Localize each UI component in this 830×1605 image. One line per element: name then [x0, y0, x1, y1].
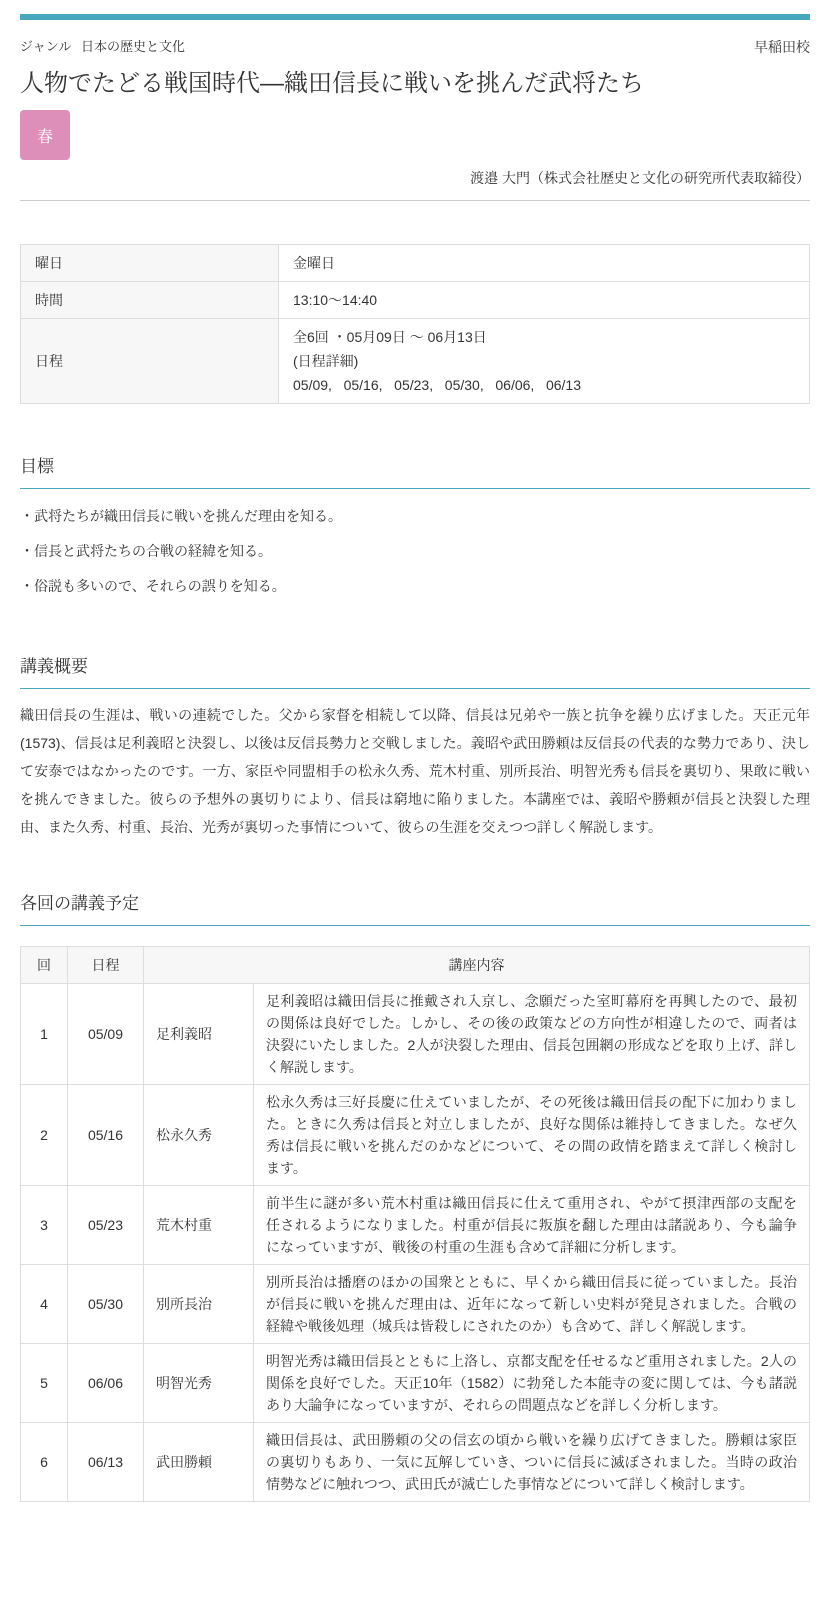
col-header-content: 講座内容	[144, 947, 810, 984]
session-date: 06/13	[68, 1423, 144, 1502]
session-date: 05/30	[68, 1265, 144, 1344]
schedule-row: 1 05/09 足利義昭 足利義昭は織田信長に推戴され入京し、念願だった室町幕府…	[21, 984, 810, 1085]
goals-heading: 目標	[20, 452, 810, 489]
course-title: 人物でたどる戦国時代―織田信長に戦いを挑んだ武将たち	[20, 68, 810, 100]
schedule-dates-text: 05/09, 05/16, 05/23, 05/30, 06/06, 06/13	[293, 373, 795, 397]
schedule-header-row: 回 日程 講座内容	[21, 947, 810, 984]
session-description: 足利義昭は織田信長に推戴され入京し、念願だった室町幕府を再興したので、最初の関係…	[254, 984, 810, 1085]
schedule-row: 5 06/06 明智光秀 明智光秀は織田信長とともに上洛し、京都支配を任せるなど…	[21, 1344, 810, 1423]
session-date: 06/06	[68, 1344, 144, 1423]
session-person: 明智光秀	[144, 1344, 254, 1423]
info-row-schedule: 日程 全6回 ・05月09日 ～ 06月13日 (日程詳細) 05/09, 05…	[21, 319, 810, 404]
schedule-row: 3 05/23 荒木村重 前半生に謎が多い荒木村重は織田信長に仕えて重用され、や…	[21, 1186, 810, 1265]
col-header-date: 日程	[68, 947, 144, 984]
overview-paragraph: 織田信長の生涯は、戦いの連続でした。父から家督を相続して以降、信長は兄弟や一族と…	[20, 701, 810, 841]
genre-line: ジャンル 日本の歴史と文化	[20, 38, 185, 56]
info-label-time: 時間	[21, 282, 279, 319]
session-description: 別所長治は播磨のほかの国衆とともに、早くから織田信長に従っていました。長治が信長…	[254, 1265, 810, 1344]
schedule-row: 6 06/13 武田勝頼 織田信長は、武田勝頼の父の信玄の頃から戦いを繰り広げて…	[21, 1423, 810, 1502]
session-date: 05/23	[68, 1186, 144, 1265]
schedule-detail-text: (日程詳細)	[293, 349, 795, 373]
header-divider	[20, 200, 810, 201]
course-info-table: 曜日 金曜日 時間 13:10～14:40 日程 全6回 ・05月09日 ～ 0…	[20, 244, 810, 404]
genre-value: 日本の歴史と文化	[81, 39, 185, 54]
info-row-time: 時間 13:10～14:40	[21, 282, 810, 319]
info-row-day: 曜日 金曜日	[21, 245, 810, 282]
meta-row: ジャンル 日本の歴史と文化 早稲田校	[20, 38, 810, 56]
info-value-day: 金曜日	[279, 245, 810, 282]
session-description: 前半生に謎が多い荒木村重は織田信長に仕えて重用され、やがて摂津西部の支配を任され…	[254, 1186, 810, 1265]
goal-item: ・信長と武将たちの合戦の経緯を知る。	[20, 534, 810, 569]
campus-name: 早稲田校	[754, 38, 810, 56]
overview-heading: 講義概要	[20, 652, 810, 689]
info-value-time: 13:10～14:40	[279, 282, 810, 319]
accent-top-bar	[20, 14, 810, 20]
schedule-heading: 各回の講義予定	[20, 889, 810, 926]
session-date: 05/16	[68, 1085, 144, 1186]
session-no: 6	[21, 1423, 68, 1502]
session-no: 5	[21, 1344, 68, 1423]
session-person: 別所長治	[144, 1265, 254, 1344]
col-header-no: 回	[21, 947, 68, 984]
goal-item: ・武将たちが織田信長に戦いを挑んだ理由を知る。	[20, 499, 810, 534]
session-person: 武田勝頼	[144, 1423, 254, 1502]
course-page: ジャンル 日本の歴史と文化 早稲田校 人物でたどる戦国時代―織田信長に戦いを挑ん…	[0, 14, 830, 1520]
session-description: 松永久秀は三好長慶に仕えていましたが、その死後は織田信長の配下に加わりました。と…	[254, 1085, 810, 1186]
lecture-schedule-table: 回 日程 講座内容 1 05/09 足利義昭 足利義昭は織田信長に推戴され入京し…	[20, 946, 810, 1502]
session-person: 荒木村重	[144, 1186, 254, 1265]
term-badge: 春	[20, 110, 70, 160]
lecturer-name: 渡邉 大門（株式会社歴史と文化の研究所代表取締役）	[20, 168, 810, 188]
session-no: 4	[21, 1265, 68, 1344]
session-description: 明智光秀は織田信長とともに上洛し、京都支配を任せるなど重用されました。2人の関係…	[254, 1344, 810, 1423]
info-value-schedule: 全6回 ・05月09日 ～ 06月13日 (日程詳細) 05/09, 05/16…	[279, 319, 810, 404]
info-label-schedule: 日程	[21, 319, 279, 404]
schedule-row: 4 05/30 別所長治 別所長治は播磨のほかの国衆とともに、早くから織田信長に…	[21, 1265, 810, 1344]
session-description: 織田信長は、武田勝頼の父の信玄の頃から戦いを繰り広げてきました。勝頼は家臣の裏切…	[254, 1423, 810, 1502]
goal-item: ・俗説も多いので、それらの誤りを知る。	[20, 569, 810, 604]
goals-list: ・武将たちが織田信長に戦いを挑んだ理由を知る。 ・信長と武将たちの合戦の経緯を知…	[20, 499, 810, 604]
schedule-row: 2 05/16 松永久秀 松永久秀は三好長慶に仕えていましたが、その死後は織田信…	[21, 1085, 810, 1186]
session-no: 2	[21, 1085, 68, 1186]
session-person: 足利義昭	[144, 984, 254, 1085]
genre-label: ジャンル	[20, 39, 71, 54]
session-no: 3	[21, 1186, 68, 1265]
info-label-day: 曜日	[21, 245, 279, 282]
session-person: 松永久秀	[144, 1085, 254, 1186]
schedule-summary-text: 全6回 ・05月09日 ～ 06月13日	[293, 325, 795, 349]
session-date: 05/09	[68, 984, 144, 1085]
session-no: 1	[21, 984, 68, 1085]
